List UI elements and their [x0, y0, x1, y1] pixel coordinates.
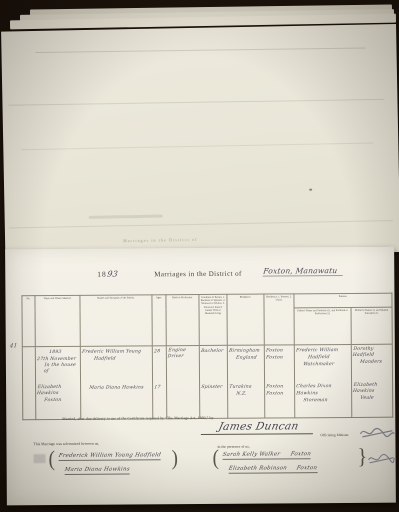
- groom-residence: Foxton Foxton: [266, 347, 294, 362]
- groom-signature-text: Frederick William Young Hadfield: [58, 452, 162, 459]
- bride-mother-line1: Elizabeth Hawkins: [352, 383, 393, 396]
- parenthesis-close: ): [171, 447, 178, 472]
- show-through-title: Marriages in the District of: [123, 237, 197, 243]
- page-title: Marriages in the District of: [154, 270, 241, 279]
- stamp-scribble: [367, 450, 397, 468]
- marriage-register-page: 1893 Marriages in the District of Foxton…: [5, 247, 396, 506]
- groom-residence-present: Foxton: [265, 348, 283, 354]
- col-header-condition: Condition of Parties. 1. Bachelor or Spi…: [199, 294, 227, 345]
- cell-father: Frederic William Hadfield Watchmaker Cha…: [294, 344, 352, 417]
- groom-age: 28: [154, 348, 166, 355]
- bride-residence: Foxton Foxton: [266, 383, 294, 398]
- show-through-line: [21, 142, 373, 150]
- bride-father-line2: Hawkins: [296, 391, 318, 397]
- bride-mother-line2: Veale: [360, 396, 374, 402]
- cell-rank: Engine Driver: [166, 346, 200, 419]
- groom-name-line2: Hadfield: [93, 357, 115, 363]
- col-header-father: Father's Name and Surname (1), and his R…: [294, 307, 351, 344]
- bride-birthplace-line2: N.Z.: [236, 392, 247, 398]
- bride-mother: Elizabeth Hawkins Veale: [353, 383, 392, 403]
- district-handwritten: Foxton, Manawatu: [263, 266, 344, 277]
- bride-father: Charles Dixon Hawkins Storeman: [296, 383, 351, 405]
- officiating-minister-label: Officiating Minister.: [320, 433, 349, 437]
- cell-residence: Foxton Foxton Foxton Foxton: [264, 345, 295, 418]
- groom-birthplace-line1: Birmingham: [228, 349, 260, 355]
- col-header-names: Names and Surnames of the Parties.: [80, 295, 152, 347]
- solemnized-label: This Marriage was solemnized between us,: [33, 442, 99, 446]
- cell-birthplace: Birmingham England Turakina N.Z.: [227, 345, 265, 418]
- cell-no: [22, 347, 36, 420]
- stamp-scribble: [358, 425, 396, 441]
- groom-birthplace-line2: England: [235, 356, 257, 362]
- bride-father-rank: Storeman: [303, 398, 328, 404]
- witness2-signature: Elizabeth RobinsonFoxton: [229, 465, 355, 474]
- col-header-residence: Residence. 1. Present. 2. Usual.: [264, 294, 294, 345]
- groom-signature: Frederick William Young Hadfield: [59, 452, 169, 461]
- groom-age-value: 28: [153, 349, 160, 355]
- where-line2: Elizabeth Hawkins: [36, 385, 81, 398]
- col-header-no: No.: [22, 296, 35, 347]
- register-photograph: Marriages in the District of 1893 Marria…: [0, 0, 399, 512]
- col-header-when-where: When and Where Married.: [35, 295, 80, 346]
- groom-name-line1: Frederic William Young: [81, 349, 141, 356]
- bride-name-line: Maria Diana Hawkins: [89, 385, 144, 392]
- groom-rank: Engine Driver: [168, 348, 199, 361]
- bride-birthplace: Turakina N.Z.: [229, 384, 264, 399]
- when-where-text: 1893 27th November In the house of: [37, 349, 80, 376]
- bride-father-line1: Charles Dixon: [296, 384, 332, 390]
- entry-number: 41: [9, 343, 17, 349]
- groom-rank-value: Engine Driver: [167, 348, 200, 361]
- where-line3: Foxton: [44, 398, 62, 404]
- groom-name: Frederic William Young Hadfield: [82, 348, 152, 363]
- parenthesis-open: (: [212, 446, 219, 471]
- groom-residence-usual: Foxton: [265, 356, 283, 362]
- bride-rank: [168, 384, 199, 390]
- groom-father-rank: Watchmaker: [303, 362, 335, 368]
- groom-birthplace: Birmingham England: [229, 348, 264, 363]
- groom-condition-value: Bachelor: [200, 349, 223, 355]
- parenthesis-open: (: [48, 447, 55, 472]
- groom-father-line1: Frederic William: [295, 348, 338, 354]
- groom-father-line2: Hadfield: [307, 355, 329, 361]
- bride-age: 17: [154, 384, 166, 391]
- cell-ages: 28 17: [152, 346, 167, 419]
- witness2-name: Elizabeth Robinson: [228, 465, 288, 471]
- bride-signature-text: Maria Diana Hawkins: [64, 466, 130, 472]
- cell-mother: Dorothy Hadfield Manders Elizabeth Hawki…: [351, 344, 393, 417]
- cell-when-where: 1893 27th November In the house of Eliza…: [35, 346, 81, 419]
- show-through-line: [9, 220, 393, 228]
- marriage-register-table: No. When and Where Married. Names and Su…: [21, 293, 393, 421]
- witness1-place: Foxton: [289, 451, 311, 457]
- faded-stamp: [34, 454, 46, 463]
- bride-condition: Spinster: [201, 384, 227, 391]
- show-through-line: [8, 99, 384, 106]
- bride-age-value: 17: [154, 385, 161, 391]
- when-year: 1893: [48, 350, 61, 356]
- col-header-rank: Rank or Profession.: [166, 295, 199, 346]
- col-header-birthplace: Birthplace.: [227, 294, 264, 345]
- minister-signature: James Duncan: [201, 420, 316, 435]
- marriage-entry-row: 1893 27th November In the house of Eliza…: [22, 344, 393, 420]
- show-through-line: [35, 47, 365, 53]
- where-line1: In the house of: [43, 363, 81, 376]
- col-header-ages: Ages.: [152, 295, 166, 346]
- bride-birthplace-line1: Turakina: [229, 385, 252, 391]
- where-text: Elizabeth Hawkins Foxton: [37, 385, 80, 405]
- col-header-parents: Parents.: [294, 293, 392, 308]
- groom-mother: Dorothy Hadfield Manders: [353, 347, 392, 367]
- ink-speck: [309, 189, 312, 191]
- year-printed: 18: [97, 270, 107, 279]
- presence-label: in the presence of us,: [217, 445, 249, 449]
- groom-father: Frederic William Hadfield Watchmaker: [296, 347, 351, 369]
- show-through-smudge: [89, 215, 163, 219]
- previous-blank-page: Marriages in the District of: [1, 24, 399, 260]
- groom-mother-line2: Manders: [360, 360, 383, 366]
- bride-residence-usual: Foxton: [266, 392, 284, 398]
- witness1-name: Sarah Kelly Walker: [222, 451, 281, 457]
- cell-condition: Bachelor Spinster: [199, 345, 228, 418]
- certificate-statement: Married, after due delivery to me of the…: [62, 416, 213, 421]
- bride-name: Maria Diana Hawkins: [82, 384, 152, 392]
- year-handwritten: 93: [106, 270, 118, 279]
- register-year: 1893: [97, 270, 117, 279]
- bride-condition-value: Spinster: [201, 385, 223, 391]
- bride-residence-present: Foxton: [266, 384, 284, 390]
- witness1-signature: Sarah Kelly WalkerFoxton: [223, 451, 353, 460]
- col-header-mother: Mother's Name (1), and Maiden Surname (2…: [351, 307, 392, 344]
- cell-names: Frederic William Young Hadfield Maria Di…: [80, 346, 153, 420]
- groom-mother-line1: Dorothy Hadfield: [352, 347, 393, 360]
- witness2-place: Foxton: [296, 465, 318, 471]
- bride-signature: Maria Diana Hawkins: [65, 466, 169, 475]
- groom-condition: Bachelor: [201, 348, 227, 355]
